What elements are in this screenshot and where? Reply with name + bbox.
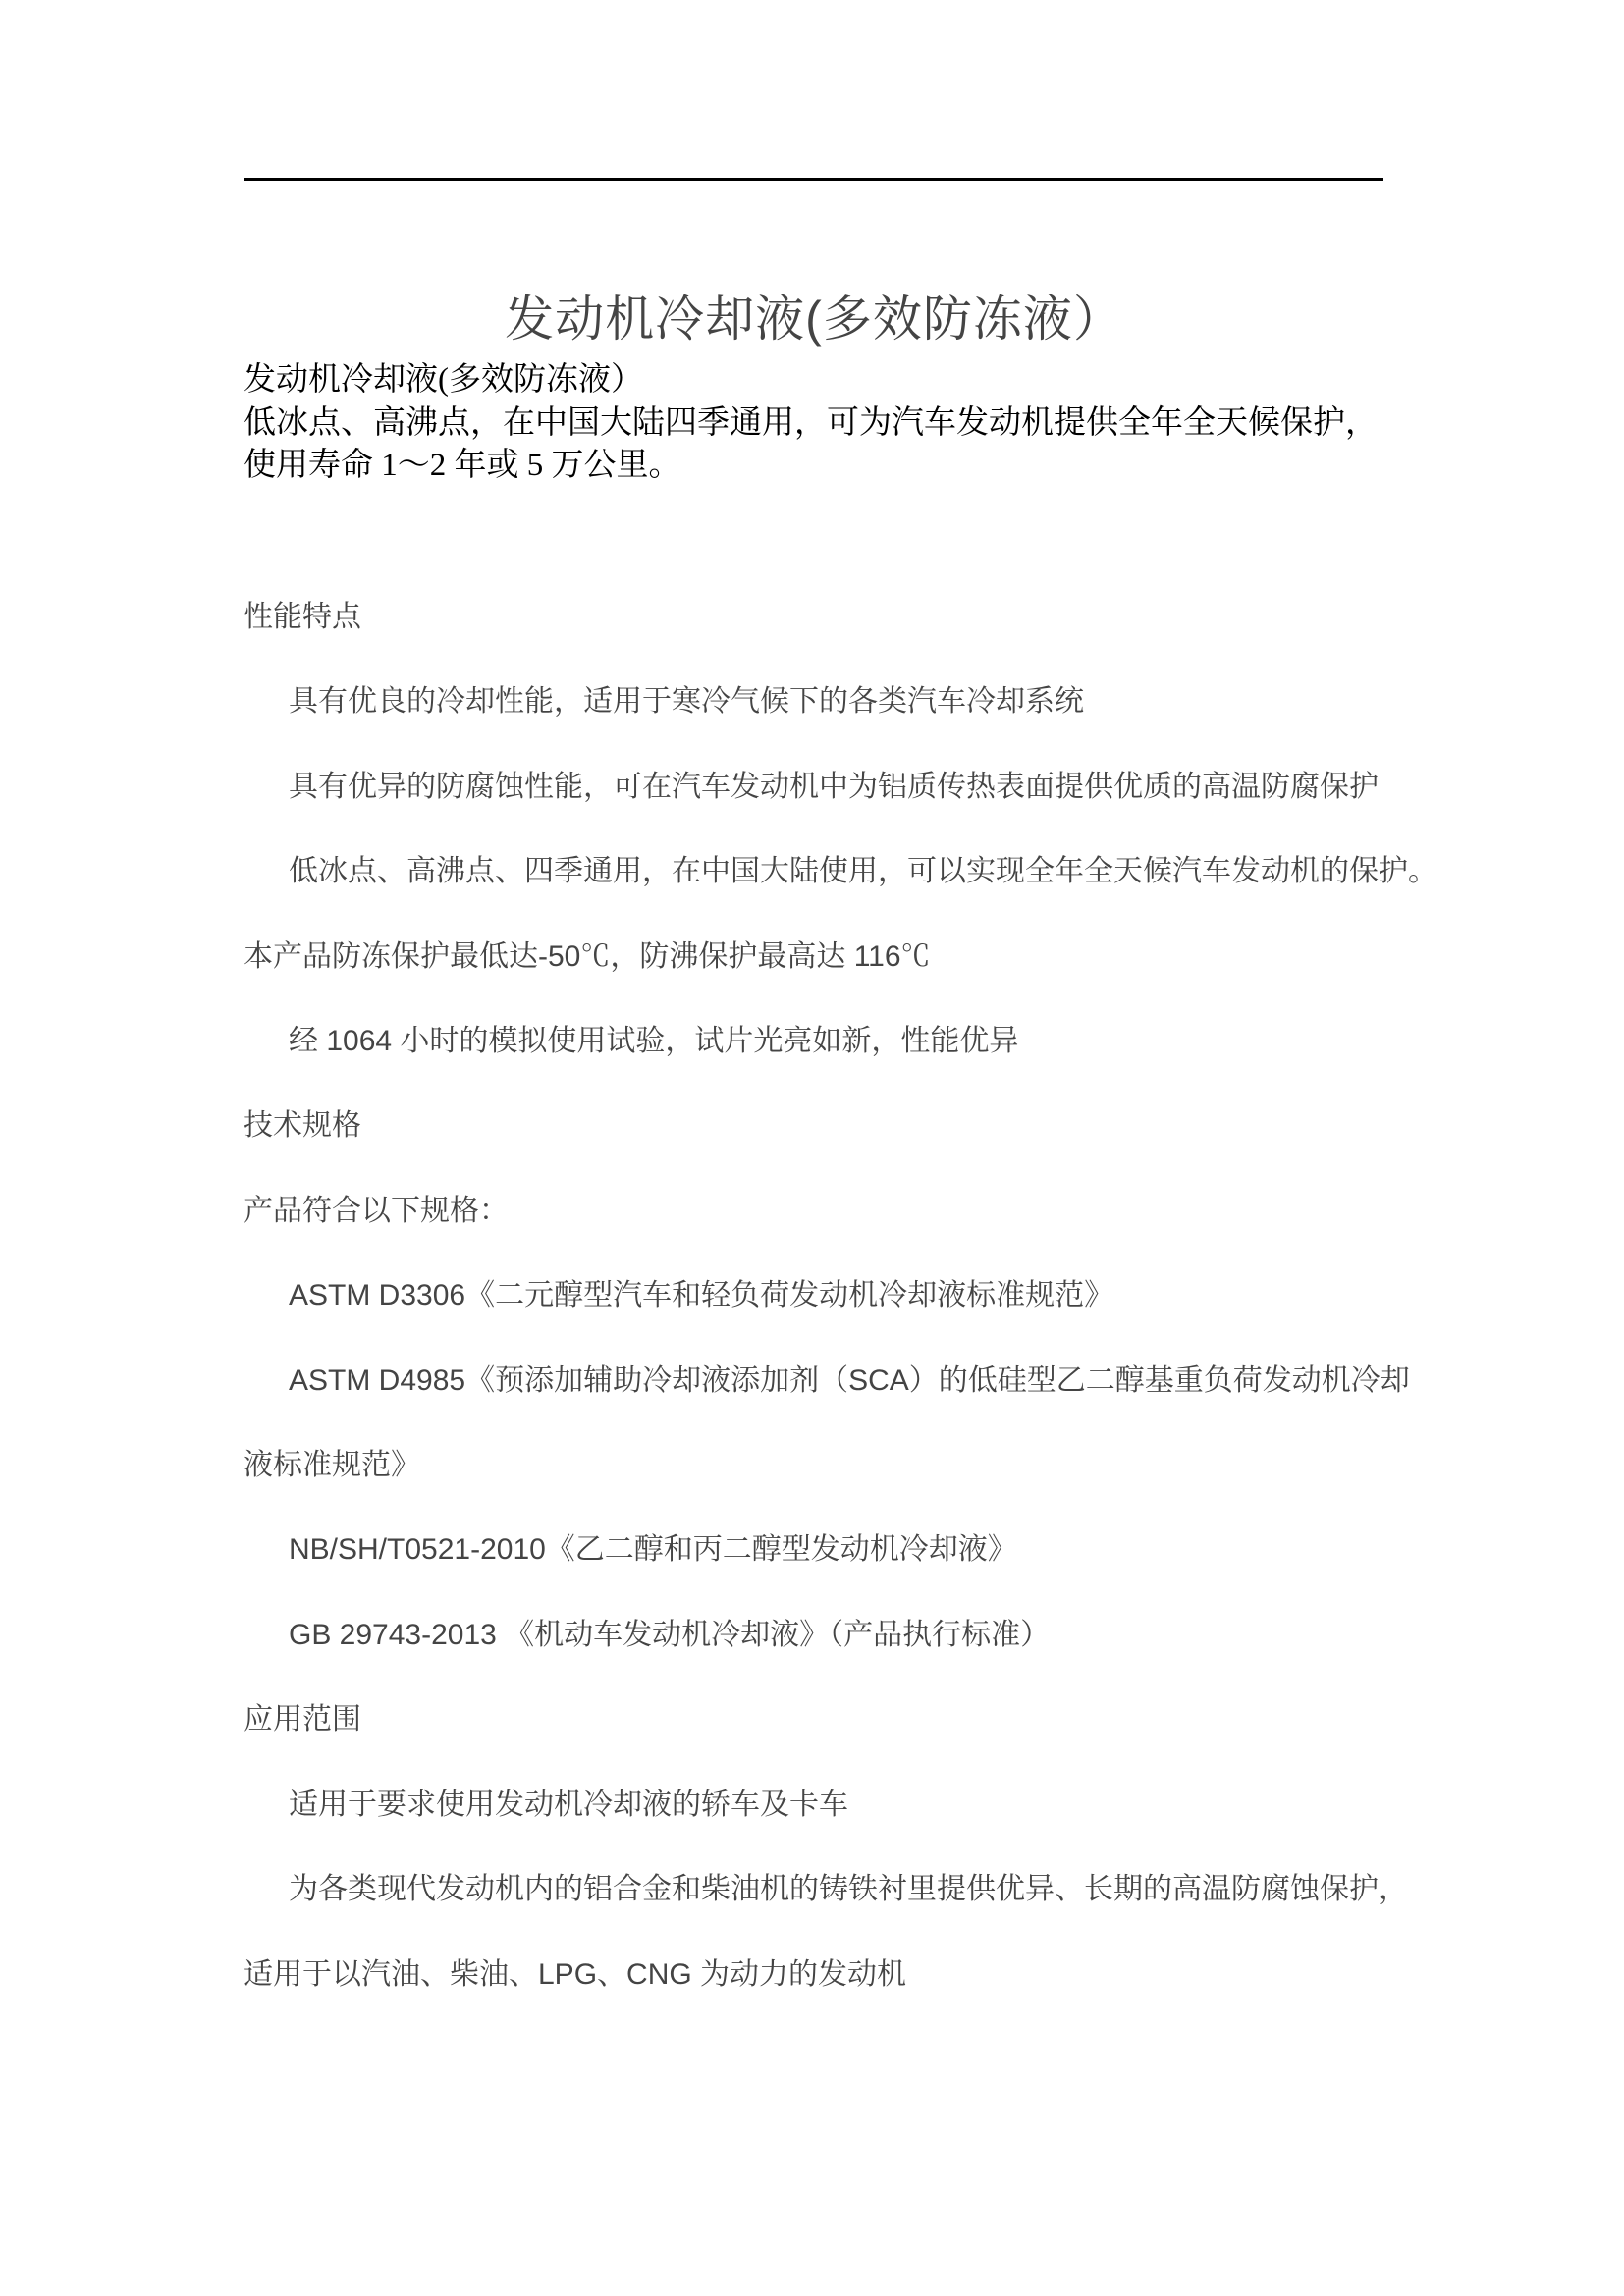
body-line: 液标准规范》	[244, 1423, 1402, 1508]
body-line: 具有优异的防腐蚀性能，可在汽车发动机中为铝质传热表面提供优质的高温防腐保护	[244, 745, 1402, 829]
body-line: NB/SH/T0521-2010《乙二醇和丙二醇型发动机冷却液》	[244, 1508, 1402, 1592]
intro-line: 低冰点、高沸点，在中国大陆四季通用，可为汽车发动机提供全年全天候保护，	[244, 402, 1402, 446]
body-line: 为各类现代发动机内的铝合金和柴油机的铸铁衬里提供优异、长期的高温防腐蚀保护，	[244, 1847, 1402, 1932]
body-line: GB 29743-2013 《机动车发动机冷却液》（产品执行标准）	[244, 1593, 1402, 1678]
body-line: 经 1064 小时的模拟使用试验，试片光亮如新，性能优异	[244, 999, 1402, 1084]
document-title: 发动机冷却液(多效防冻液）	[244, 290, 1384, 348]
intro-line: 使用寿命 1～2 年或 5 万公里。	[244, 445, 1402, 488]
body-line: 产品符合以下规格：	[244, 1169, 1402, 1254]
body-line: 低冰点、高沸点、四季通用，在中国大陆使用，可以实现全年全天候汽车发动机的保护。	[244, 829, 1402, 914]
body-line: 适用于以汽油、柴油、LPG、CNG 为动力的发动机	[244, 1933, 1402, 2017]
body-line: 本产品防冻保护最低达-50℃，防沸保护最高达 116℃	[244, 915, 1402, 999]
title-divider-rule	[244, 178, 1383, 181]
body-line: ASTM D3306《二元醇型汽车和轻负荷发动机冷却液标准规范》	[244, 1254, 1402, 1338]
section-heading: 性能特点	[244, 575, 1402, 660]
body-block: 性能特点具有优良的冷却性能，适用于寒冷气候下的各类汽车冷却系统具有优异的防腐蚀性…	[244, 575, 1402, 2017]
intro-block: 发动机冷却液(多效防冻液）低冰点、高沸点，在中国大陆四季通用，可为汽车发动机提供…	[244, 359, 1402, 488]
body-line: 适用于要求使用发动机冷却液的轿车及卡车	[244, 1763, 1402, 1847]
body-line: 具有优良的冷却性能，适用于寒冷气候下的各类汽车冷却系统	[244, 660, 1402, 744]
intro-line: 发动机冷却液(多效防冻液）	[244, 359, 1402, 402]
body-line: ASTM D4985《预添加辅助冷却液添加剂（SCA）的低硅型乙二醇基重负荷发动…	[244, 1339, 1402, 1423]
section-heading: 技术规格	[244, 1084, 1402, 1168]
document-page: 发动机冷却液(多效防冻液） 发动机冷却液(多效防冻液）低冰点、高沸点，在中国大陆…	[0, 0, 1624, 2296]
section-heading: 应用范围	[244, 1678, 1402, 1762]
